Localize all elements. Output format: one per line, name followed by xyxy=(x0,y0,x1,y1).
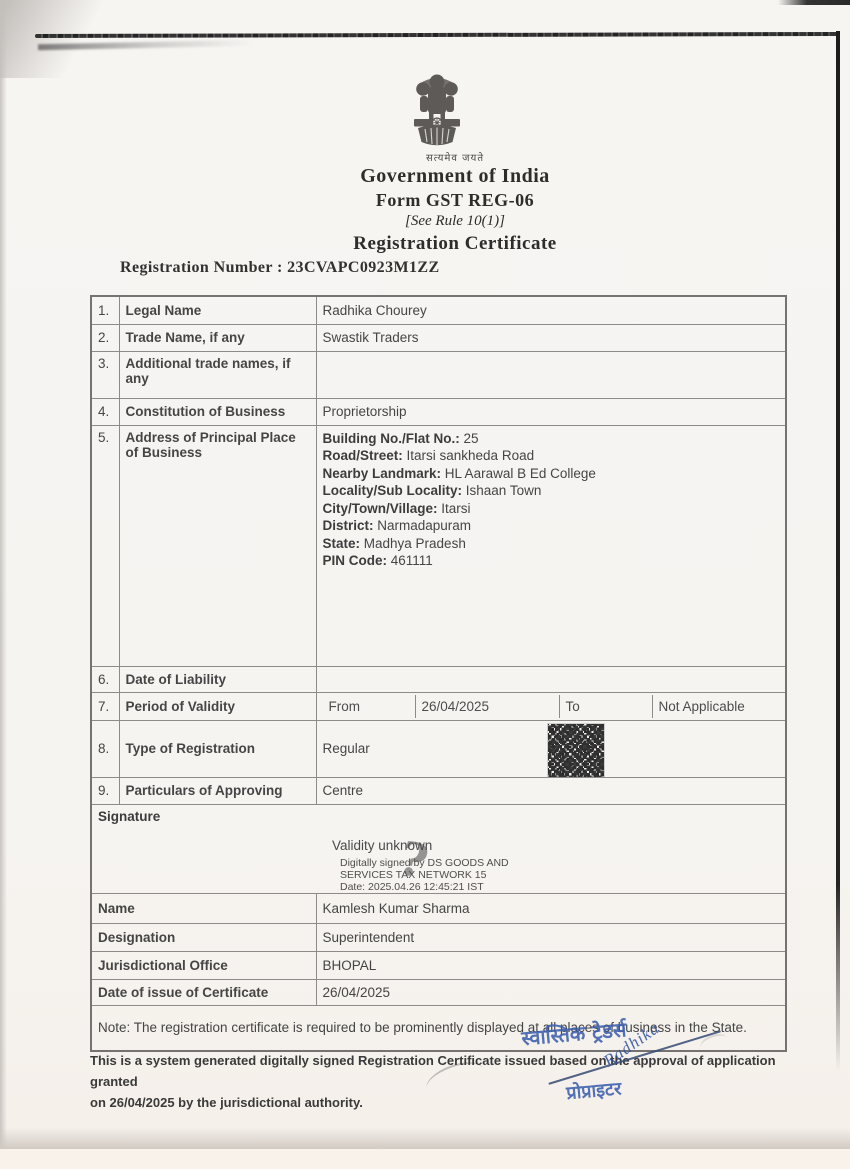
table-row: 5. Address of Principal Place of Busines… xyxy=(91,425,786,666)
scan-bottom-shadow xyxy=(0,1128,850,1150)
digital-signature-line: SERVICES TAX NETWORK 15 xyxy=(340,869,509,881)
digital-signature-date: Date: 2025.04.26 12:45:21 IST xyxy=(340,881,509,893)
row-label: Particulars of Approving xyxy=(119,777,316,804)
form-title: Form GST REG-06 xyxy=(55,190,850,211)
table-row: 9. Particulars of Approving Centre xyxy=(91,777,786,804)
officer-row: Date of issue of Certificate 26/04/2025 xyxy=(91,979,786,1005)
registration-number: Registration Number : 23CVAPC0923M1ZZ xyxy=(120,259,440,277)
scan-left-edge xyxy=(0,0,7,1169)
type-of-registration-cell: Regular xyxy=(316,720,786,777)
signature-label: Signature xyxy=(98,809,160,824)
designation-value: Superintendent xyxy=(316,923,786,951)
from-label: From xyxy=(323,695,415,718)
address-key: Nearby Landmark: xyxy=(323,466,442,481)
to-date-value: Not Applicable xyxy=(652,695,780,718)
date-of-liability-value xyxy=(316,666,786,692)
digital-signature-text: Digitally signed by DS GOODS AND SERVICE… xyxy=(340,857,509,893)
address-key: PIN Code: xyxy=(323,553,388,568)
address-val: HL Aarawal B Ed College xyxy=(441,466,596,481)
additional-trade-names-value xyxy=(316,351,786,398)
row-label: Address of Principal Place of Business xyxy=(119,425,316,666)
constitution-value: Proprietorship xyxy=(316,398,786,425)
address-key: City/Town/Village: xyxy=(323,501,438,516)
issue-date-label: Date of issue of Certificate xyxy=(91,979,316,1005)
address-key: Building No./Flat No.: xyxy=(323,431,460,446)
scan-corner-shadow xyxy=(0,0,140,78)
address-val: 25 xyxy=(460,431,479,446)
address-line: City/Town/Village: Itarsi xyxy=(323,500,780,518)
address-val: Madhya Pradesh xyxy=(360,536,466,551)
row-number: 3. xyxy=(91,351,119,398)
row-number: 6. xyxy=(91,666,119,692)
address-val: Ishaan Town xyxy=(462,483,541,498)
row-number: 2. xyxy=(91,324,119,351)
digital-signature-line: Digitally signed by DS GOODS AND xyxy=(340,857,509,869)
address-line: Nearby Landmark: HL Aarawal B Ed College xyxy=(323,465,780,483)
certificate-title: Registration Certificate xyxy=(55,233,850,255)
stamp-designation: प्रोप्राइटर xyxy=(565,1076,622,1105)
scan-top-edge xyxy=(778,0,850,5)
row-label: Type of Registration xyxy=(119,720,316,777)
address-line: District: Narmadapuram xyxy=(323,517,780,535)
officer-row: Jurisdictional Office BHOPAL xyxy=(91,951,786,979)
row-label: Additional trade names, if any xyxy=(119,351,316,398)
signature-cell: Signature ? Validity unknown Digitally s… xyxy=(91,804,786,893)
issue-date-value: 26/04/2025 xyxy=(316,979,786,1005)
table-row: 1. Legal Name Radhika Chourey xyxy=(91,296,786,324)
address-value: Building No./Flat No.: 25 Road/Street: I… xyxy=(316,425,786,666)
officer-row: Name Kamlesh Kumar Sharma xyxy=(91,893,786,923)
jurisdictional-office-value: BHOPAL xyxy=(316,951,786,979)
table-row: 4. Constitution of Business Proprietorsh… xyxy=(91,398,786,425)
rule-reference: [See Rule 10(1)] xyxy=(55,213,850,230)
validity-text: Validity unknown xyxy=(332,838,432,853)
table-row: 6. Date of Liability xyxy=(91,666,786,692)
scan-bottom-strip xyxy=(0,1149,850,1169)
address-key: Road/Street: xyxy=(323,448,403,463)
gov-title: Government of India xyxy=(55,165,850,188)
table-row: 2. Trade Name, if any Swastik Traders xyxy=(91,324,786,351)
trade-name-value: Swastik Traders xyxy=(316,324,786,351)
officer-name-label: Name xyxy=(91,893,316,923)
certificate-table: 1. Legal Name Radhika Chourey 2. Trade N… xyxy=(90,295,787,1052)
row-number: 7. xyxy=(91,692,119,720)
address-line: PIN Code: 461111 xyxy=(323,552,780,570)
designation-label: Designation xyxy=(91,923,316,951)
address-line: Locality/Sub Locality: Ishaan Town xyxy=(323,482,780,500)
row-label: Period of Validity xyxy=(119,692,316,720)
officer-row: Designation Superintendent xyxy=(91,923,786,951)
address-line: Building No./Flat No.: 25 xyxy=(323,430,780,448)
officer-name-value: Kamlesh Kumar Sharma xyxy=(316,893,786,923)
to-label: To xyxy=(559,695,652,718)
registration-type-value: Regular xyxy=(323,741,370,756)
legal-name-value: Radhika Chourey xyxy=(316,296,786,324)
address-key: Locality/Sub Locality: xyxy=(323,483,463,498)
address-key: State: xyxy=(323,536,361,551)
row-label: Constitution of Business xyxy=(119,398,316,425)
signature-row: Signature ? Validity unknown Digitally s… xyxy=(91,804,786,893)
row-number: 4. xyxy=(91,398,119,425)
jurisdictional-office-label: Jurisdictional Office xyxy=(91,951,316,979)
india-emblem-icon xyxy=(405,72,469,152)
address-val: Narmadapuram xyxy=(374,518,472,533)
table-row: 3. Additional trade names, if any xyxy=(91,351,786,398)
address-line: State: Madhya Pradesh xyxy=(323,535,780,553)
address-line: Road/Street: Itarsi sankheda Road xyxy=(323,447,780,465)
qr-code xyxy=(548,724,604,778)
row-number: 1. xyxy=(91,296,119,324)
period-of-validity-cell: From 26/04/2025 To Not Applicable xyxy=(316,692,786,720)
address-key: District: xyxy=(323,518,374,533)
table-row: 7. Period of Validity From 26/04/2025 To… xyxy=(91,692,786,720)
row-label: Date of Liability xyxy=(119,666,316,692)
proprietor-stamp: स्वास्तिक ट्रेडर्स Radhika प्रोप्राइटर xyxy=(481,1012,736,1120)
address-val: Itarsi sankheda Road xyxy=(403,448,534,463)
row-label: Trade Name, if any xyxy=(119,324,316,351)
row-number: 8. xyxy=(91,720,119,777)
from-date-value: 26/04/2025 xyxy=(415,695,559,718)
row-label: Legal Name xyxy=(119,296,316,324)
approving-authority-value: Centre xyxy=(316,777,786,804)
table-row: 8. Type of Registration Regular xyxy=(91,720,786,777)
row-number: 5. xyxy=(91,425,119,666)
address-val: Itarsi xyxy=(438,501,471,516)
address-val: 461111 xyxy=(387,553,433,568)
emblem-motto: सत्यमेव जयते xyxy=(55,150,850,164)
row-number: 9. xyxy=(91,777,119,804)
